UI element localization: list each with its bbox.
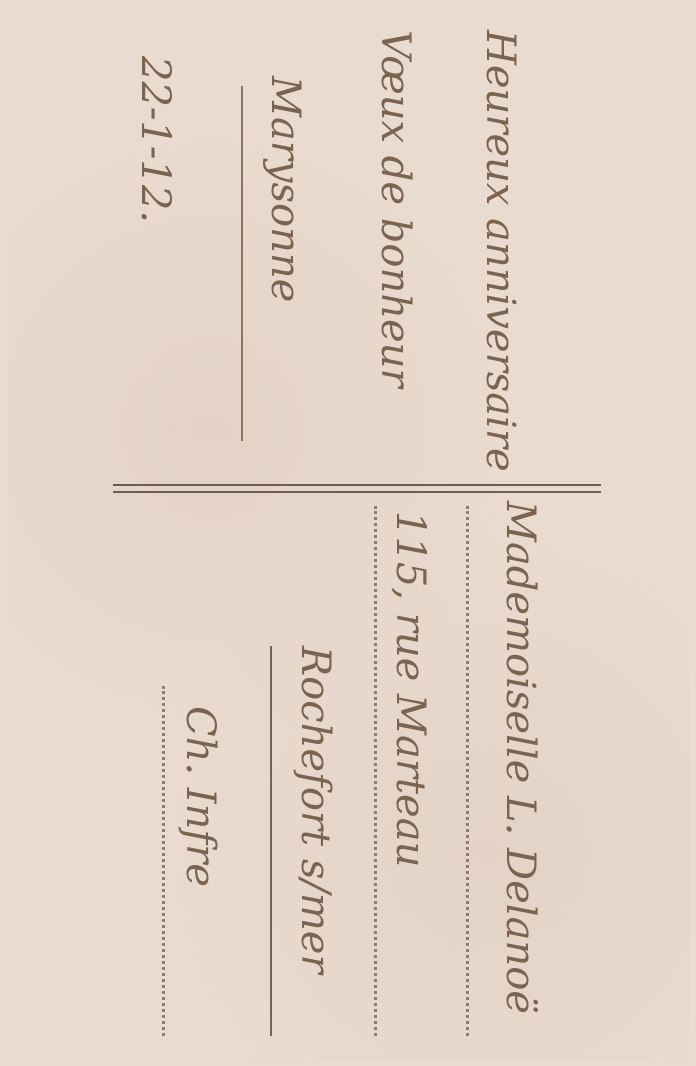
address-line-1	[466, 506, 469, 1036]
signature-underline	[241, 86, 243, 441]
address-line-4	[162, 686, 165, 1036]
address-city-line	[270, 646, 272, 1036]
postcard-back: Heureux anniversaire Vœux de bonheur Mar…	[8, 6, 690, 1062]
address-department: Ch. Infre	[177, 706, 223, 887]
divider-line	[113, 491, 601, 493]
address-line-2	[374, 506, 377, 1036]
address-street: 115, rue Marteau	[387, 511, 433, 867]
signature: Marysonne	[262, 76, 308, 302]
address-recipient: Mademoiselle L. Delanoë	[497, 501, 543, 1014]
date: 22-1-12.	[132, 56, 178, 223]
address-city: Rochefort s/mer	[292, 646, 338, 974]
divider-line	[113, 484, 601, 486]
message-line-2: Vœux de bonheur	[372, 30, 418, 388]
message-line-1: Heureux anniversaire	[477, 30, 523, 472]
